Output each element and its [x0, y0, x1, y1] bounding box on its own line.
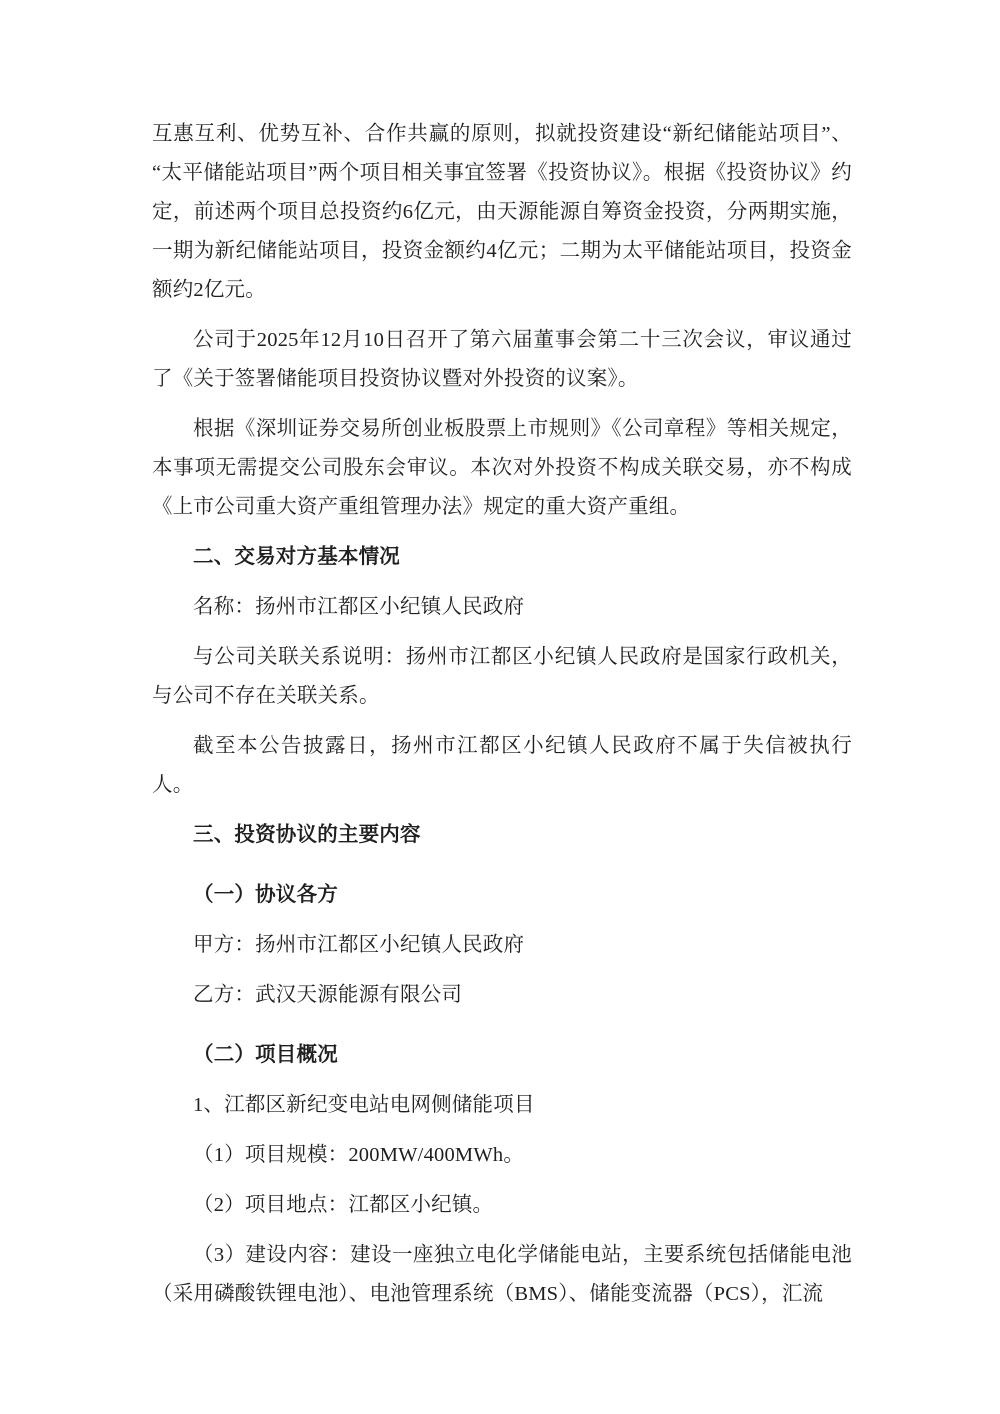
para-board-meeting: 公司于2025年12月10日召开了第六届董事会第二十三次会议，审议通过了《关于签… — [152, 321, 852, 399]
document-page: 互惠互利、优势互补、合作共赢的原则，拟就投资建设“新纪储能站项目”、“太平储能站… — [0, 0, 1000, 1414]
heading-agreement-content: 三、投资协议的主要内容 — [152, 816, 852, 855]
document-content: 互惠互利、优势互补、合作共赢的原则，拟就投资建设“新纪储能站项目”、“太平储能站… — [152, 115, 852, 1325]
heading-counterparty-info: 二、交易对方基本情况 — [152, 538, 852, 577]
subheading-project-overview: （二）项目概况 — [152, 1036, 852, 1075]
para-relationship-statement: 与公司关联关系说明：扬州市江都区小纪镇人民政府是国家行政机关，与公司不存在关联关… — [152, 638, 852, 716]
para-regulatory-basis: 根据《深圳证券交易所创业板股票上市规则》《公司章程》等相关规定，本事项无需提交公… — [152, 410, 852, 527]
subheading-agreement-parties: （一）协议各方 — [152, 876, 852, 915]
para-construction-content: （3）建设内容：建设一座独立电化学储能电站，主要系统包括储能电池（采用磷酸铁锂电… — [152, 1236, 852, 1314]
para-counterparty-name: 名称：扬州市江都区小纪镇人民政府 — [152, 588, 852, 627]
para-investment-overview-continued: 互惠互利、优势互补、合作共赢的原则，拟就投资建设“新纪储能站项目”、“太平储能站… — [152, 115, 852, 310]
para-project-1-title: 1、江都区新纪变电站电网侧储能项目 — [152, 1086, 852, 1125]
para-party-b: 乙方：武汉天源能源有限公司 — [152, 976, 852, 1015]
para-party-a: 甲方：扬州市江都区小纪镇人民政府 — [152, 926, 852, 965]
para-project-location: （2）项目地点：江都区小纪镇。 — [152, 1186, 852, 1225]
para-project-scale: （1）项目规模：200MW/400MWh。 — [152, 1136, 852, 1175]
para-dishonest-executee-statement: 截至本公告披露日，扬州市江都区小纪镇人民政府不属于失信被执行人。 — [152, 727, 852, 805]
